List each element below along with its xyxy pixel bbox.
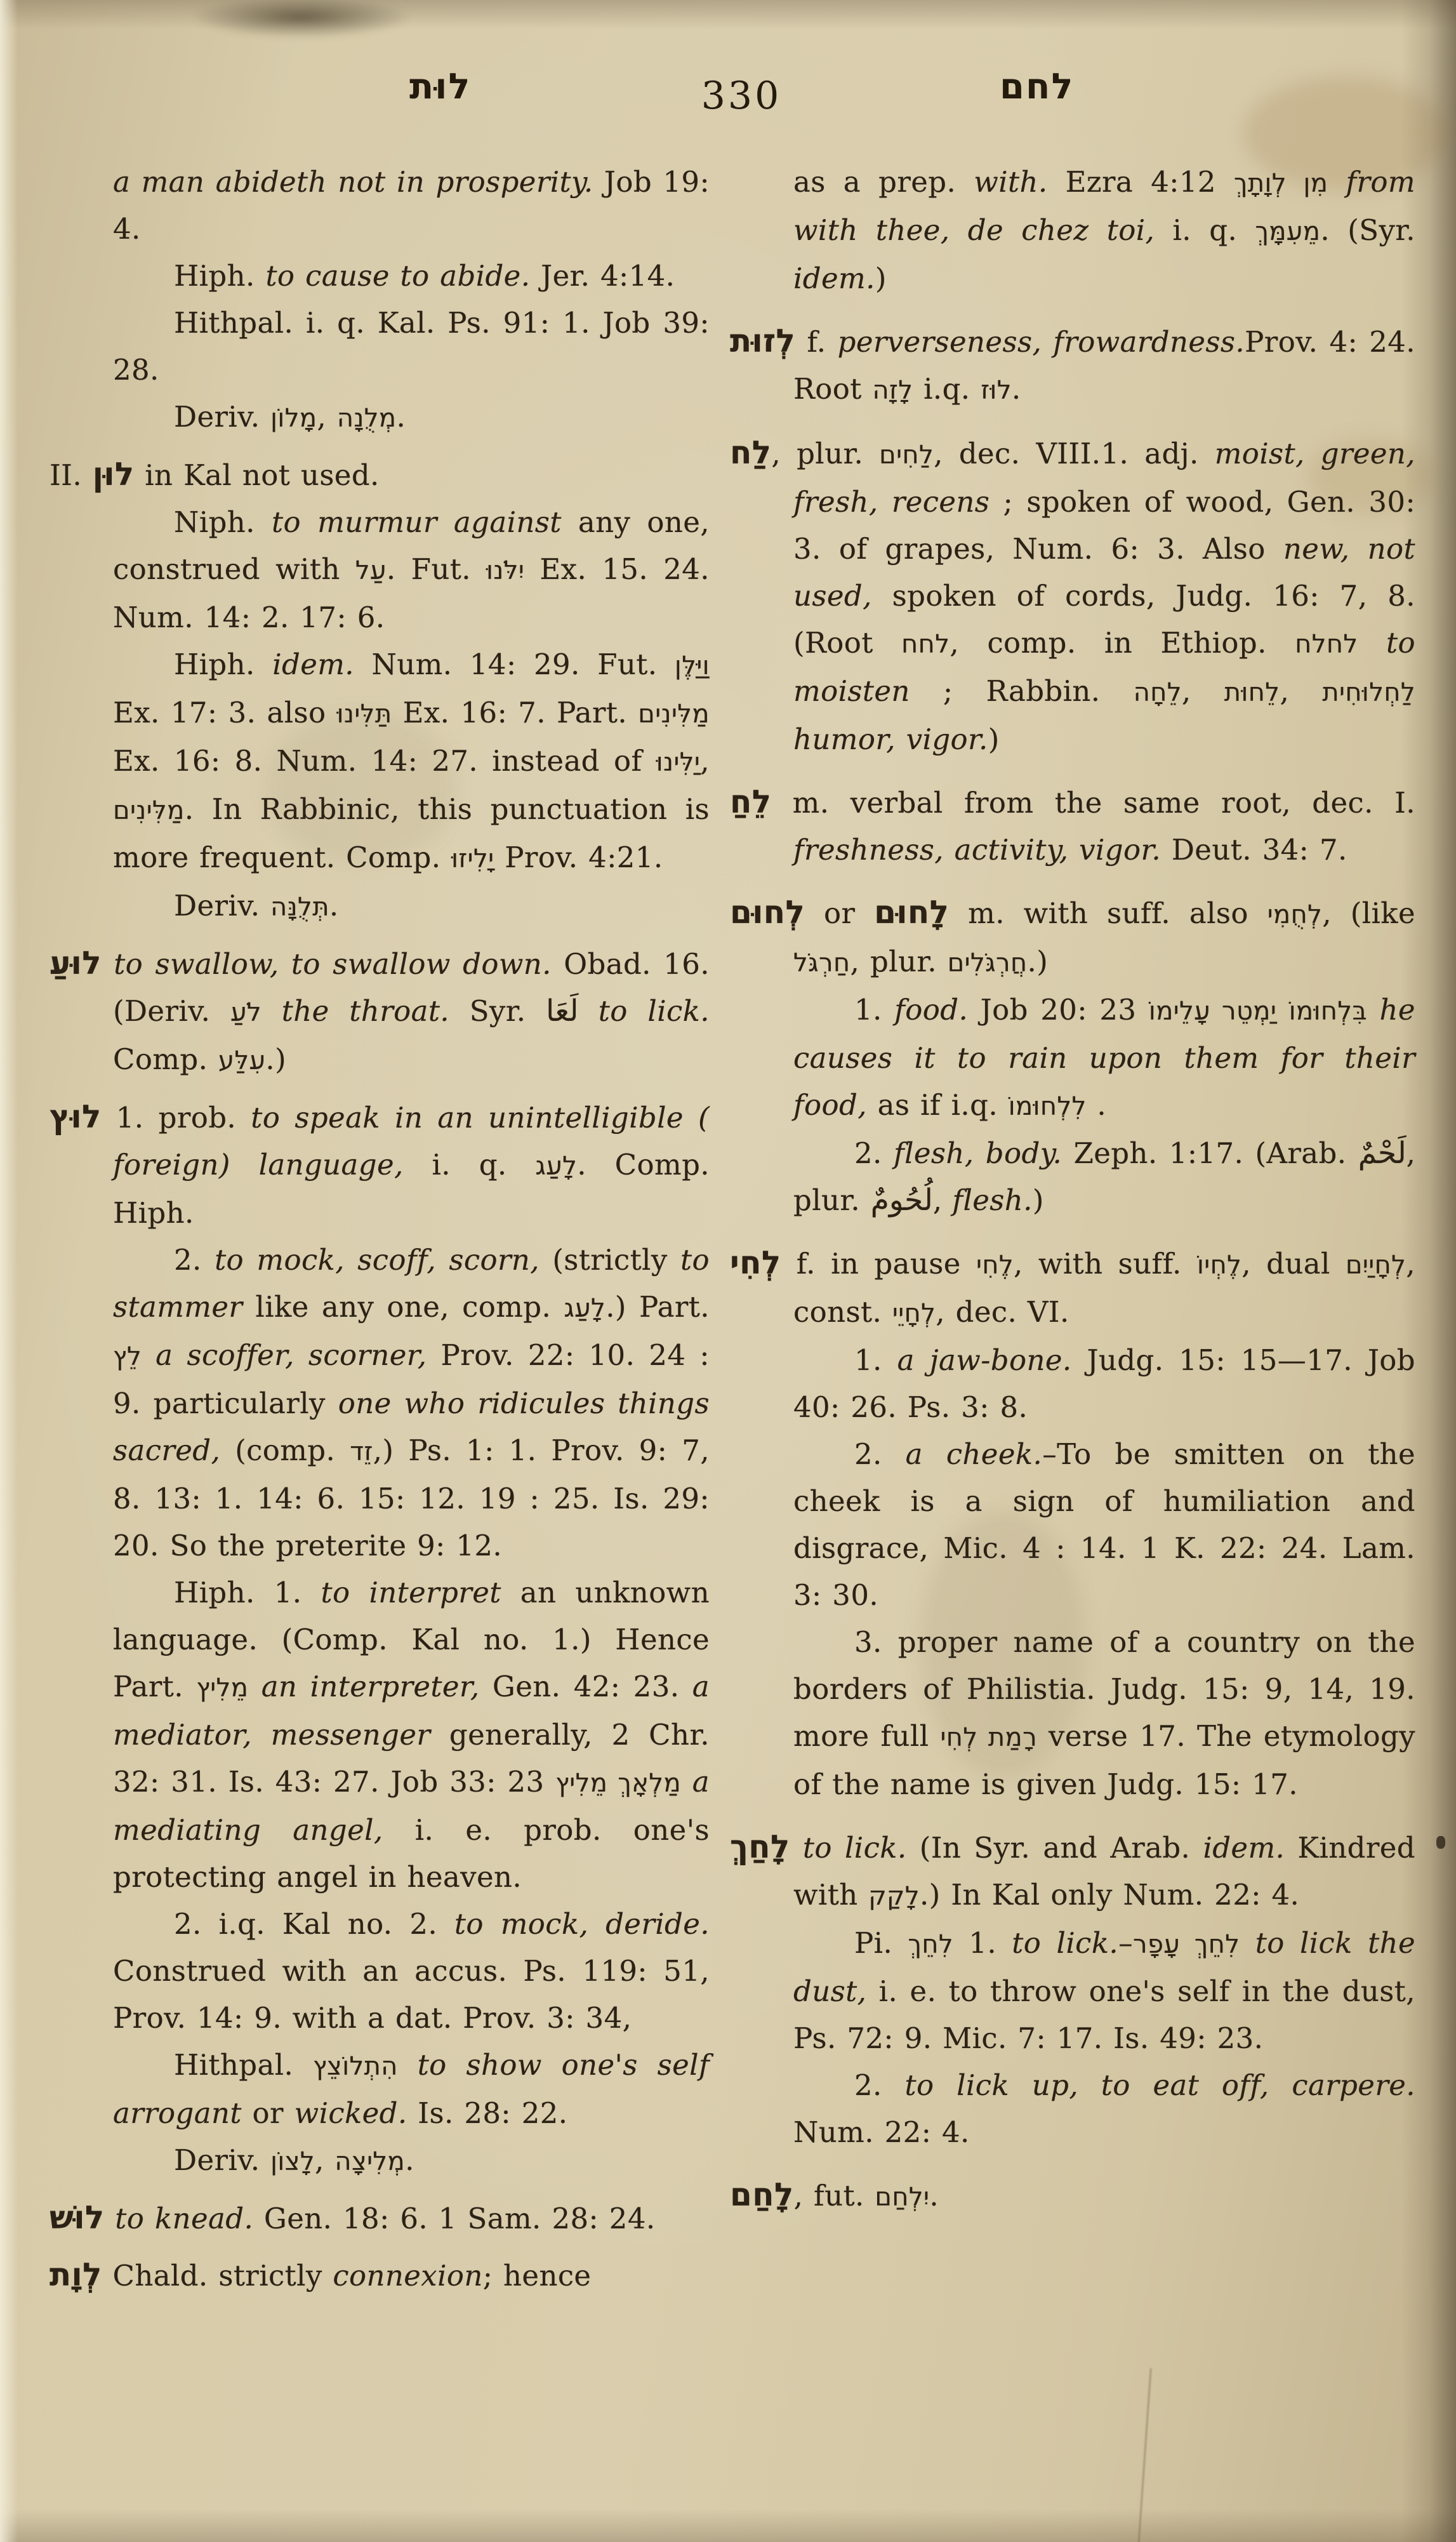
text: Niph. [174,505,272,539]
hebrew-word: הִתְלוֹצֵץ [313,2052,398,2081]
text [1328,165,1346,199]
hebrew-word: לֵחָה [1134,678,1182,707]
italic-text: a cheek. [906,1437,1043,1471]
ink-smudge [187,0,416,39]
text: f. [795,325,837,359]
italic-text: humor, vigor. [793,722,988,756]
text: ; Rabbin. [910,674,1134,708]
paragraph: 2. to mock, scoff, scorn, (strictly to s… [50,1237,710,1569]
paragraph: Deriv. מָלוֹן, מְלֻנָה. [50,394,710,442]
page-left-edge [0,0,18,2542]
hebrew-word: לֵץ [113,1342,142,1371]
hebrew-word: לֹעַ [230,998,261,1027]
text: Hithpal. i. q. Kal. Ps. 91: 1. Job 39: 2… [113,306,710,387]
italic-text: perverseness, frowardness. [838,325,1245,359]
right-column: as a prep. with. Ezra 4:12 מִן לְוָתָךְ … [730,159,1415,2221]
text: , plur. [850,945,948,978]
paragraph: Hiph. to cause to abide. Jer. 4:14. [50,253,710,300]
hebrew-word: בִּלְחוּמוֹ [1289,997,1367,1026]
hebrew-word: רָמַת לְחִי [940,1723,1037,1752]
hebrew-word: מְלֻנָה [337,404,397,433]
hebrew-word: לוּז [981,376,1012,405]
text: 2. [854,1437,906,1471]
dictionary-entry: לָחַךְ to lick. (In Syr. and Arab. idem.… [730,1823,1415,1920]
hebrew-word: לְחָיֵי [892,1299,936,1328]
hebrew-word: לָזָה [872,376,913,405]
italic-text: a jaw-bone. [897,1343,1072,1377]
italic-text: flesh, body. [894,1136,1062,1170]
dictionary-entry: לְחוּם or לָחוּם m. with suff. also לְחֻ… [730,889,1415,987]
paragraph: 1. a jaw-bone. Judg. 15: 15—17. Job 40: … [730,1337,1415,1431]
hebrew-word: עִלַּע [218,1046,265,1075]
text: Ex. 16: 8. Num. 14: 27. instead of [113,744,656,778]
text: in Kal not used. [135,458,380,492]
text: .) [1028,945,1049,978]
paragraph: 1. food. Job 20: 23 יַמְטֵר עָלֵימוֹ בִּ… [730,987,1415,1130]
text: or [805,896,874,930]
arabic-word: لَحْمٌ [1358,1136,1406,1171]
text: 1. prob. [102,1101,251,1135]
italic-text: to interpret [321,1576,501,1609]
hebrew-word: לָצוֹן [270,2147,315,2176]
text: . [1087,1088,1106,1122]
text: .) [265,1042,286,1076]
text: Hiph. [174,648,272,681]
hebrew-word: לָקַק [868,1882,920,1911]
dictionary-entry: לְוָת Chald. strictly connexion; hence [50,2251,710,2299]
italic-text: to cause to abide. [265,259,530,293]
italic-text: wicked. [295,2096,407,2130]
text: i. q. [1155,213,1255,247]
text: Hiph. 1. [174,1576,321,1609]
text: like any one, comp. [242,1290,564,1324]
text: II. [50,458,93,492]
text: Syr. [449,994,546,1028]
italic-text: flesh. [952,1183,1032,1217]
text: Gen. 42: 23. [480,1670,692,1703]
text: .) Part. [606,1290,710,1324]
text: Ex. 16: 7. Part. [392,696,639,729]
dictionary-entry: לַח, plur. לַחִים, dec. VIII.1. adj. moi… [730,429,1415,763]
text: i. e. to throw one's self in the dust, P… [793,1974,1415,2055]
paragraph: Hiph. 1. to interpret an unknown languag… [50,1569,710,1901]
text: , dual [1241,1247,1346,1281]
dictionary-entry: לְזוּת f. perverseness, frowardness.Prov… [730,317,1415,414]
text: . (Syr. [1320,213,1415,247]
ink-speck [1436,1836,1445,1849]
hebrew-word: לֵחוּת [1224,678,1280,707]
text: Deriv. [174,400,270,434]
italic-text: food. [894,993,968,1027]
text: Num. 14: 29. Fut. [354,648,675,681]
text: , with suff. [1014,1247,1197,1281]
text [261,994,282,1028]
italic-text: with. [974,165,1047,199]
text: Num. 22: 4. [793,2115,970,2149]
hebrew-word: מֵלִיץ [196,1674,248,1703]
hebrew-word: לְחָיַיִם [1346,1251,1406,1280]
hebrew-word: מַלְאָךְ מֵלִיץ [555,1769,681,1798]
hebrew-headword: לָחַם [730,2176,794,2213]
hebrew-word: חַרְגֹּל [793,948,850,978]
italic-text: a man abideth not in prosperity. [113,165,593,199]
text: .) In Kal only Num. 22: 4. [920,1878,1299,1912]
paragraph: a man abideth not in prosperity. Job 19:… [50,159,710,253]
hebrew-headword: לוּן [93,456,135,493]
text: , (like [1322,896,1415,930]
text: or [242,2096,295,2130]
scanned-lexicon-page: לוּת 330 לחם a man abideth not in prospe… [0,0,1456,2542]
text: Comp. [113,1042,218,1076]
text: Deut. 34: 7. [1161,833,1347,867]
hebrew-word: וַיַּלֶּן [675,651,710,681]
hebrew-word: תַּלִּינוּ [337,700,392,729]
paragraph: 3. proper name of a country on the borde… [730,1619,1415,1808]
text: Construed with an accus. Ps. 119: 51, Pr… [113,1954,710,2035]
text [102,947,114,981]
dictionary-entry: לְחִי f. in pause לֶחִי, with suff. לֶחְ… [730,1239,1415,1337]
hebrew-word: לחלח [1295,630,1358,659]
hebrew-word: לַחִים [879,441,934,470]
text: 2. [854,2068,904,2102]
paragraph: Pi. לִחֵךְ 1. to lick.–לִחֵךְ עָפָר to l… [730,1920,1415,2062]
arabic-word: لَعَا [546,994,578,1028]
hebrew-word: לִחֵךְ [908,1930,953,1959]
hebrew-word: מָלוֹן [270,404,317,433]
text: m. with suff. also [949,896,1267,930]
hebrew-word: לֶחְיוֹ [1197,1251,1241,1280]
hebrew-word: לְחֻמִי [1267,900,1323,929]
hebrew-word: לחח [901,630,950,659]
paragraph: as a prep. with. Ezra 4:12 מִן לְוָתָךְ … [730,159,1415,302]
page-number: 330 [697,74,786,118]
text [1367,993,1379,1027]
hebrew-word: לִחֵךְ עָפָר [1133,1930,1240,1959]
text: (In Syr. and Arab. [907,1831,1203,1865]
italic-text: to lick. [1012,1926,1118,1960]
text: as if i.q. [867,1088,1009,1122]
dictionary-entry: לוּשׁ to knead. Gen. 18: 6. 1 Sam. 28: 2… [50,2194,710,2242]
paragraph: 2. a cheek.–To be smitten on the cheek i… [730,1431,1415,1619]
text: Is. 28: 22. [407,2096,568,2130]
italic-text: the throat. [282,994,449,1028]
hebrew-word: יַלִּינוּ [656,748,701,777]
text: Ex. 17: 3. also [113,696,337,729]
text: ) [988,722,1000,756]
italic-text: to mock, scoff, scorn, [215,1243,539,1277]
italic-text: to lick. [599,994,710,1028]
text: as a prep. [793,165,974,199]
hebrew-word: מִן לְוָתָךְ [1234,169,1328,198]
text: Gen. 18: 6. 1 Sam. 28: 24. [253,2202,655,2235]
hebrew-word: חֲרְגֹּלִים [948,948,1028,978]
paragraph: Hithpal. i. q. Kal. Ps. 91: 1. Job 39: 2… [50,300,710,394]
hebrew-headword: לְחוּם [730,894,805,931]
text: – [1118,1926,1133,1960]
text [578,994,598,1028]
italic-text: idem. [793,262,875,295]
arabic-word: لُحُومٌ [871,1183,933,1218]
italic-text: connexion [333,2259,482,2292]
paper-crease [1137,2368,1152,2542]
text: , [315,2143,334,2177]
text: f. in pause [781,1247,976,1281]
hebrew-word: לָעַג [564,1294,606,1323]
text: . [1012,372,1021,406]
text: Prov. 4:21. [494,841,663,874]
italic-text: idem. [272,648,354,681]
text: , [1182,674,1224,708]
text: , [317,400,336,434]
hebrew-word: יָלִיזוּ [451,844,494,874]
text: 1. [854,993,894,1027]
text: , [700,744,710,778]
guide-word-left: לוּת [409,66,471,107]
text: i. q. [404,1148,536,1181]
text: m. verbal from the same root, dec. I. [771,786,1415,820]
text: . [397,400,406,434]
hebrew-word: מֵעִמָּךְ [1255,217,1320,246]
text [1240,1926,1255,1960]
text: Deriv. [174,889,270,922]
text [790,1831,803,1865]
text [681,1765,692,1799]
text: , plur. [771,437,879,470]
text: 2. i.q. Kal no. 2. [174,1907,454,1941]
text: 2. [174,1243,215,1277]
hebrew-word: יַמְטֵר עָלֵימוֹ [1149,997,1276,1026]
text: . [329,889,339,922]
hebrew-word: עַל [355,556,387,585]
italic-text: an interpreter, [261,1670,480,1703]
hebrew-word: מַלִּינִים [113,796,185,825]
text: . [405,2143,414,2177]
dictionary-entry: לָחַם, fut. יִלְחַם. [730,2171,1415,2221]
hebrew-headword: לָחַךְ [730,1828,790,1865]
text: , dec. VI. [936,1295,1069,1329]
paragraph: Niph. to murmur against any one, constru… [50,499,710,641]
hebrew-headword: לְוָת [50,2256,102,2293]
text: , fut. [794,2179,875,2213]
italic-text: to lick up, to eat off, carpere. [904,2068,1415,2102]
text: Zeph. 1:17. (Arab. [1062,1136,1358,1170]
hebrew-headword: לָחוּם [874,894,949,931]
hebrew-word: לָעַג [535,1152,577,1181]
paragraph: 2. flesh, body. Zeph. 1:17. (Arab. لَحْم… [730,1130,1415,1224]
hebrew-word: זֵד [350,1437,373,1467]
text [248,1670,261,1703]
text: 1. [854,1343,897,1377]
hebrew-headword: לְזוּת [730,323,795,359]
hebrew-headword: לְחִי [730,1244,781,1281]
text: Deriv. [174,2143,270,2177]
hebrew-word: יִלֹּנוּ [486,556,524,585]
hebrew-word: מְלִיצָה [334,2147,405,2176]
paragraph: 2. to lick up, to eat off, carpere. Num.… [730,2062,1415,2156]
hebrew-word: לֶחִי [976,1251,1014,1280]
italic-text: idem. [1203,1831,1285,1865]
text: Ezra 4:12 [1048,165,1234,199]
text [105,2202,116,2235]
hebrew-headword: לוּץ [50,1098,102,1135]
text [398,2048,418,2082]
text: i.q. [913,372,981,406]
hebrew-word: יִלְחַם [875,2183,929,2212]
dictionary-entry: לוּעַ to swallow, to swallow down. Obad.… [50,940,710,1084]
italic-text: to lick. [803,1831,907,1865]
italic-text: to mock, deride. [454,1907,710,1941]
text: , dec. VIII.1. adj. [934,437,1215,470]
hebrew-word: תְּלֻנָּה [270,893,329,922]
text: (strictly [539,1243,680,1277]
dictionary-entry: II. לוּן in Kal not used. [50,451,710,499]
text: ) [875,262,887,295]
dictionary-entry: לוּץ 1. prob. to speak in an unintelligi… [50,1093,710,1237]
paragraph: Hiph. idem. Num. 14: 29. Fut. וַיַּלֶּן … [50,641,710,882]
italic-text: freshness, activity, vigor. [793,833,1161,867]
text [1358,626,1386,660]
guide-word-right: לחם [1000,66,1074,107]
hebrew-headword: לֵחַ [730,783,771,820]
hebrew-headword: לוּשׁ [50,2199,105,2236]
text: , [933,1183,953,1217]
paragraph: 2. i.q. Kal no. 2. to mock, deride. Cons… [50,1901,710,2042]
dictionary-entry: לֵחַ m. verbal from the same root, dec. … [730,778,1415,874]
hebrew-headword: לוּעַ [50,945,102,982]
paragraph: Deriv. תְּלֻנָּה. [50,882,710,931]
paragraph: Deriv. לָצוֹן, מְלִיצָה. [50,2137,710,2185]
text: . [929,2179,939,2213]
italic-text: a scoffer, scorner, [156,1338,427,1372]
text: Pi. [854,1926,908,1960]
text: , comp. in Ethiop. [950,626,1295,660]
paragraph: Hithpal. הִתְלוֹצֵץ to show one's self a… [50,2042,710,2137]
left-column: a man abideth not in prosperity. Job 19:… [50,159,710,2299]
text: . Fut. [387,552,486,586]
text: Chald. strictly [102,2259,333,2292]
text: Hithpal. [174,2048,313,2082]
text: 1. [953,1926,1012,1960]
italic-text: to swallow, to swallow down. [114,947,552,981]
text: ) [1033,1183,1044,1217]
hebrew-word: מַלִּינִים [638,700,710,729]
text: Hiph. [174,259,265,293]
hebrew-headword: לַח [730,434,771,471]
text [1276,993,1288,1027]
hebrew-word: לַחְלוּחִית [1322,678,1415,707]
text: Job 20: 23 [968,993,1149,1027]
italic-text: to knead. [115,2202,253,2235]
italic-text: to murmur against [272,505,562,539]
hebrew-word: לִלְחוּמוֹ [1009,1092,1087,1121]
text: (comp. [220,1434,350,1467]
text: , [1280,674,1322,708]
text [142,1338,156,1372]
page-bottom-shadow [0,2509,1456,2542]
text: Jer. 4:14. [530,259,675,293]
text: ; hence [483,2259,592,2292]
text: 2. [854,1136,894,1170]
